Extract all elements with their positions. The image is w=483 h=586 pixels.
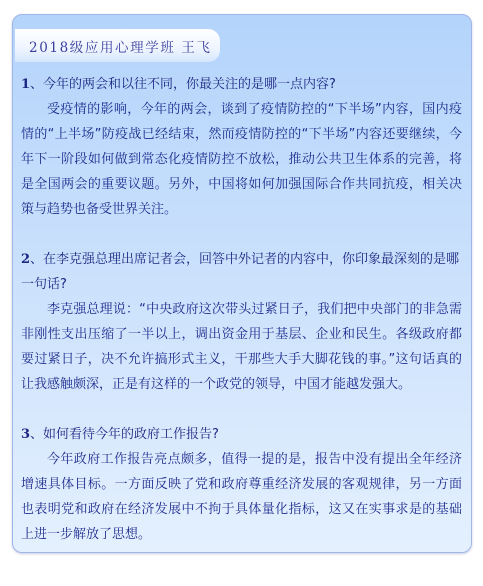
qa-content: 1、今年的两会和以往不同，你最关注的是哪一点内容? 受疫情的影响，今年的两会，谈…	[21, 72, 462, 547]
question-text: 、今年的两会和以往不同，你最关注的是哪一点内容?	[30, 77, 336, 92]
answer-2: 李克强总理说：“中央政府这次带头过紧日子，我们把中央部门的非急需非刚性支出压缩了…	[21, 297, 462, 397]
answer-3: 今年政府工作报告亮点颇多，值得一提的是，报告中没有提出全年经济增速具体目标。一方…	[21, 447, 462, 547]
answer-1: 受疫情的影响，今年的两会，谈到了疫情防控的“下半场”内容，国内疫情的“上半场”防…	[21, 97, 462, 222]
question-number: 1	[21, 77, 30, 92]
question-1: 1、今年的两会和以往不同，你最关注的是哪一点内容?	[21, 72, 462, 97]
spacer	[21, 397, 462, 422]
answer-card: 2018级应用心理学班 王飞 1、今年的两会和以往不同，你最关注的是哪一点内容?…	[12, 14, 472, 553]
question-number: 3	[21, 427, 30, 442]
question-number: 2	[21, 252, 30, 267]
question-2: 2、在李克强总理出席记者会，回答中外记者的内容中，你印象最深刻的是哪一句话?	[21, 247, 462, 297]
question-text: 、在李克强总理出席记者会，回答中外记者的内容中，你印象最深刻的是哪一句话?	[21, 252, 459, 292]
spacer	[21, 222, 462, 247]
student-title: 2018级应用心理学班 王飞	[29, 36, 212, 56]
title-banner: 2018级应用心理学班 王飞	[15, 29, 220, 62]
question-text: 、如何看待今年的政府工作报告?	[30, 427, 219, 442]
question-3: 3、如何看待今年的政府工作报告?	[21, 422, 462, 447]
